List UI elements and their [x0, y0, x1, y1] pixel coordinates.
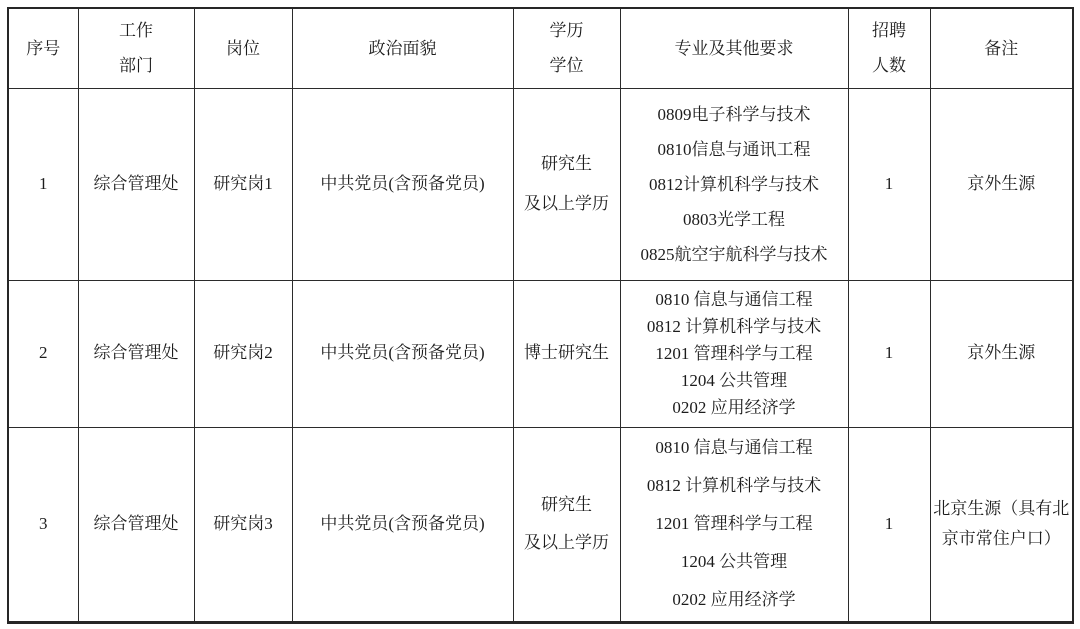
political-cell: 中共党员(含预备党员) [292, 88, 513, 280]
dept-cell: 综合管理处 [78, 88, 194, 280]
header-remark: 备注 [930, 8, 1073, 88]
remark-cell: 京外生源 [930, 88, 1073, 280]
seq-cell: 1 [8, 88, 78, 280]
header-seq: 序号 [8, 8, 78, 88]
major-item: 0825航空宇航科学与技术 [621, 237, 848, 272]
degree-line: 及以上学历 [514, 524, 620, 562]
political-cell: 中共党员(含预备党员) [292, 280, 513, 427]
major-item: 0810 信息与通信工程 [621, 429, 848, 467]
count-cell: 1 [848, 88, 930, 280]
seq-cell: 3 [8, 427, 78, 622]
header-political: 政治面貌 [292, 8, 513, 88]
header-majors-label: 专业及其他要求 [621, 31, 848, 66]
degree-cell: 博士研究生 [513, 280, 620, 427]
header-post-label: 岗位 [195, 31, 292, 66]
remark-cell: 北京生源（具有北京市常住户口） [930, 427, 1073, 622]
majors-cell: 0810 信息与通信工程 0812 计算机科学与技术 1201 管理科学与工程 … [620, 427, 848, 622]
post-cell: 研究岗2 [194, 280, 292, 427]
remark-cell: 京外生源 [930, 280, 1073, 427]
seq-cell: 2 [8, 280, 78, 427]
degree-line: 研究生 [514, 144, 620, 184]
major-item: 1201 管理科学与工程 [621, 340, 848, 367]
header-post: 岗位 [194, 8, 292, 88]
post-cell: 研究岗1 [194, 88, 292, 280]
header-majors: 专业及其他要求 [620, 8, 848, 88]
major-item: 1204 公共管理 [621, 367, 848, 394]
header-seq-label: 序号 [9, 31, 78, 66]
header-dept-line2: 部门 [79, 48, 194, 83]
header-count: 招聘 人数 [848, 8, 930, 88]
header-count-line1: 招聘 [849, 13, 930, 48]
major-item: 0812计算机科学与技术 [621, 167, 848, 202]
major-item: 0202 应用经济学 [621, 394, 848, 421]
major-item: 0803光学工程 [621, 202, 848, 237]
count-cell: 1 [848, 427, 930, 622]
header-degree-line2: 学位 [514, 48, 620, 83]
major-item: 1201 管理科学与工程 [621, 505, 848, 543]
major-item: 0202 应用经济学 [621, 581, 848, 619]
major-item: 0812 计算机科学与技术 [621, 467, 848, 505]
page-background: 序号 工作 部门 岗位 政治面貌 学历 学位 专业及其他要求 招聘 人数 [0, 0, 1080, 629]
recruitment-table: 序号 工作 部门 岗位 政治面貌 学历 学位 专业及其他要求 招聘 人数 [7, 7, 1074, 624]
majors-cell: 0810 信息与通信工程 0812 计算机科学与技术 1201 管理科学与工程 … [620, 280, 848, 427]
table-row-3: 3 综合管理处 研究岗3 中共党员(含预备党员) 研究生 及以上学历 0810 … [8, 427, 1073, 622]
degree-line: 及以上学历 [514, 184, 620, 224]
header-political-label: 政治面貌 [293, 31, 513, 66]
degree-cell: 研究生 及以上学历 [513, 427, 620, 622]
header-degree-line1: 学历 [514, 13, 620, 48]
political-cell: 中共党员(含预备党员) [292, 427, 513, 622]
post-cell: 研究岗3 [194, 427, 292, 622]
dept-cell: 综合管理处 [78, 280, 194, 427]
header-row: 序号 工作 部门 岗位 政治面貌 学历 学位 专业及其他要求 招聘 人数 [8, 8, 1073, 88]
header-degree: 学历 学位 [513, 8, 620, 88]
header-dept: 工作 部门 [78, 8, 194, 88]
major-item: 0810信息与通讯工程 [621, 132, 848, 167]
major-item: 0810 信息与通信工程 [621, 286, 848, 313]
header-count-line2: 人数 [849, 48, 930, 83]
dept-cell: 综合管理处 [78, 427, 194, 622]
degree-cell: 研究生 及以上学历 [513, 88, 620, 280]
table-row-1: 1 综合管理处 研究岗1 中共党员(含预备党员) 研究生 及以上学历 0809电… [8, 88, 1073, 280]
count-cell: 1 [848, 280, 930, 427]
major-item: 0809电子科学与技术 [621, 97, 848, 132]
major-item: 0812 计算机科学与技术 [621, 313, 848, 340]
major-item: 1204 公共管理 [621, 543, 848, 581]
header-remark-label: 备注 [931, 31, 1073, 66]
degree-line: 研究生 [514, 486, 620, 524]
table-row-2: 2 综合管理处 研究岗2 中共党员(含预备党员) 博士研究生 0810 信息与通… [8, 280, 1073, 427]
header-dept-line1: 工作 [79, 13, 194, 48]
majors-cell: 0809电子科学与技术 0810信息与通讯工程 0812计算机科学与技术 080… [620, 88, 848, 280]
degree-line: 博士研究生 [514, 342, 620, 365]
